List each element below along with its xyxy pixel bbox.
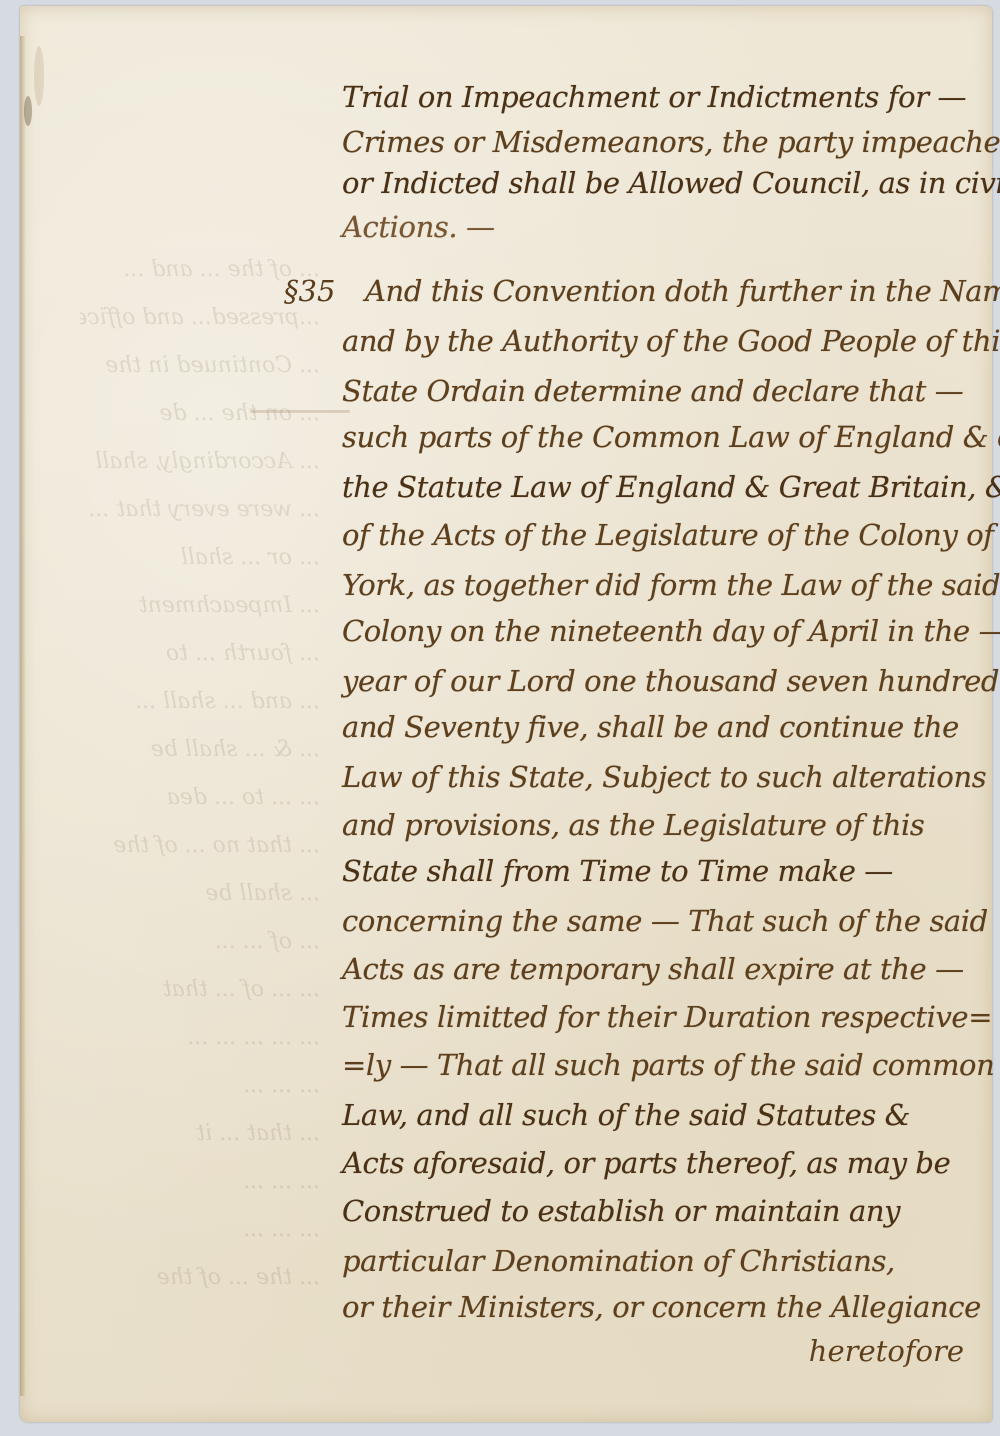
text-line: State shall from Time to Time make — <box>342 854 893 888</box>
text-line: year of our Lord one thousand seven hund… <box>342 664 1000 698</box>
text-line: Times limitted for their Duration respec… <box>342 1000 992 1034</box>
text-line: Actions. — <box>342 210 495 244</box>
text-line: Crimes or Misdemeanors, the party impeac… <box>342 125 1000 159</box>
text-line: such parts of the Common Law of England … <box>342 420 1000 454</box>
text-line: the Statute Law of England & Great Brita… <box>342 470 1000 504</box>
text-line: And this Convention doth further in the … <box>365 274 1000 308</box>
text-line: =ly — That all such parts of the said co… <box>342 1048 994 1082</box>
text-line: and provisions, as the Legislature of th… <box>342 808 924 842</box>
catchword: heretofore <box>809 1334 964 1368</box>
text-line: or Indicted shall be Allowed Council, as… <box>342 166 1000 200</box>
text-line: concerning the same — That such of the s… <box>342 904 988 938</box>
text-line: of the Acts of the Legislature of the Co… <box>342 518 1000 552</box>
manuscript-text: Trial on Impeachment or Indictments for … <box>20 6 992 1422</box>
manuscript-page: ... of the ... and ... ...pressed... and… <box>20 6 992 1422</box>
text-line: Construed to establish or maintain any <box>342 1194 900 1228</box>
section-marker: §35 <box>284 274 335 308</box>
text-line: Acts as are temporary shall expire at th… <box>342 952 964 986</box>
text-line: State Ordain determine and declare that … <box>342 374 963 408</box>
text-line: Acts aforesaid, or parts thereof, as may… <box>342 1146 950 1180</box>
text-line: and Seventy five, shall be and continue … <box>342 710 959 744</box>
text-line: particular Denomination of Christians, <box>342 1244 895 1278</box>
text-line: Law, and all such of the said Statutes & <box>342 1098 910 1132</box>
text-line: Colony on the nineteenth day of April in… <box>342 614 1000 648</box>
text-line: Trial on Impeachment or Indictments for … <box>342 80 966 114</box>
text-line: Law of this State, Subject to such alter… <box>342 760 986 794</box>
text-line: York, as together did form the Law of th… <box>342 568 1000 602</box>
text-line: or their Ministers, or concern the Alleg… <box>342 1290 981 1324</box>
text-line: and by the Authority of the Good People … <box>342 324 1000 358</box>
